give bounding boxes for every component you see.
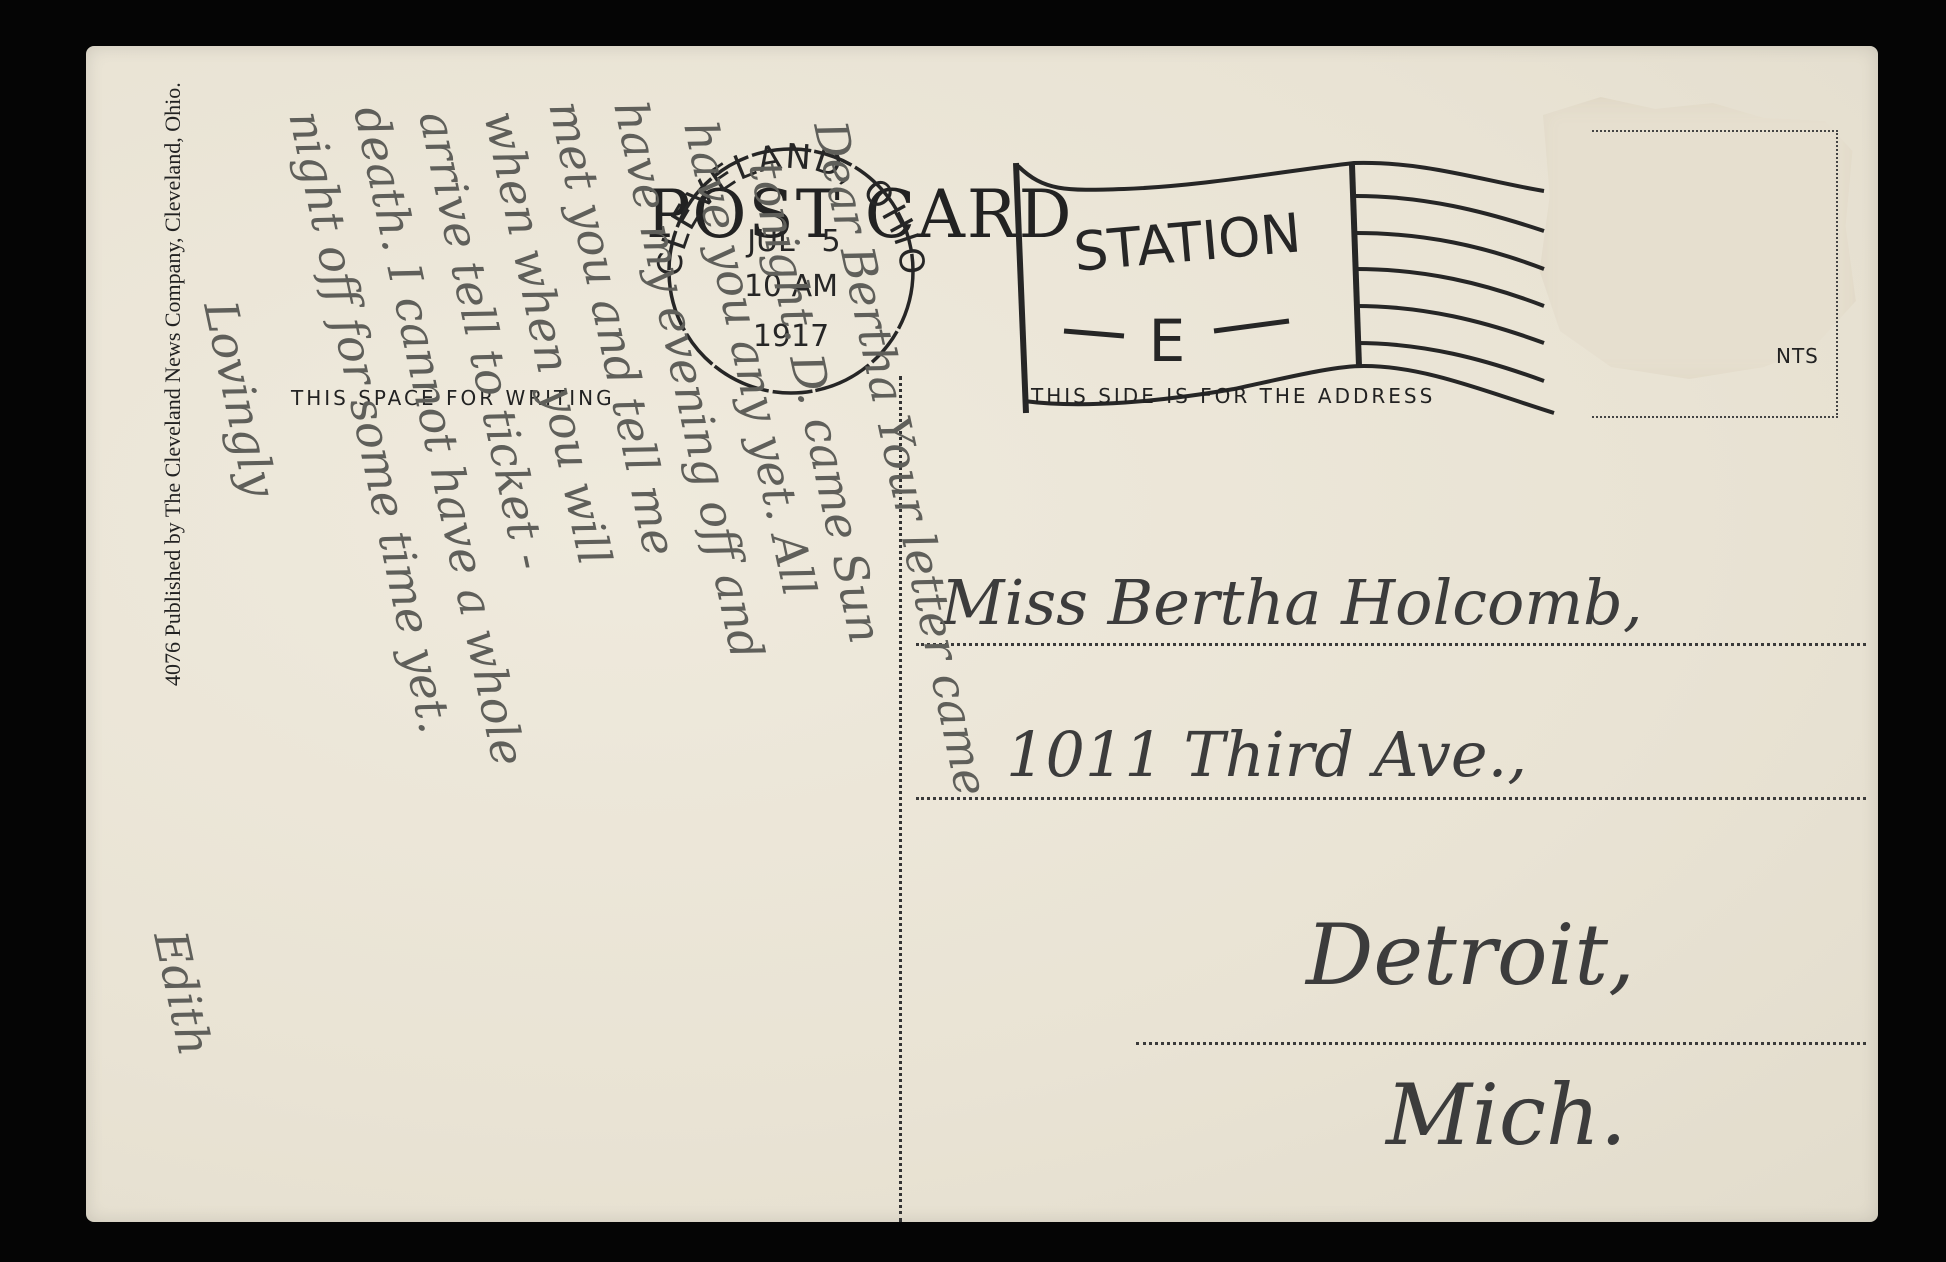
message-closing: Lovingly: [193, 296, 287, 502]
address-line-3: [1136, 1042, 1866, 1045]
flag-cancel-icon: STATION E: [1004, 151, 1564, 421]
stamp-box: [1592, 130, 1838, 418]
address-side-caption: THIS SIDE IS FOR THE ADDRESS: [1031, 384, 1435, 408]
address-line-2: [916, 797, 1866, 800]
publisher-imprint: 4076 Published by The Cleveland News Com…: [160, 82, 186, 686]
recipient-state: Mich.: [1386, 1066, 1627, 1164]
recipient-name: Miss Bertha Holcomb,: [941, 566, 1643, 639]
postcard-back: NTS POST CARD CLEVELAND, OHIO JUL 5 10 A…: [86, 46, 1878, 1222]
recipient-city: Detroit,: [1306, 906, 1635, 1004]
address-line-1: [916, 643, 1866, 646]
stamp-box-text: NTS: [1776, 344, 1819, 368]
message-signature: Edith: [143, 926, 222, 1060]
flag-station-text: STATION: [1071, 201, 1303, 284]
recipient-street: 1011 Third Ave.,: [1006, 718, 1527, 791]
flag-station-letter: E: [1149, 307, 1186, 375]
